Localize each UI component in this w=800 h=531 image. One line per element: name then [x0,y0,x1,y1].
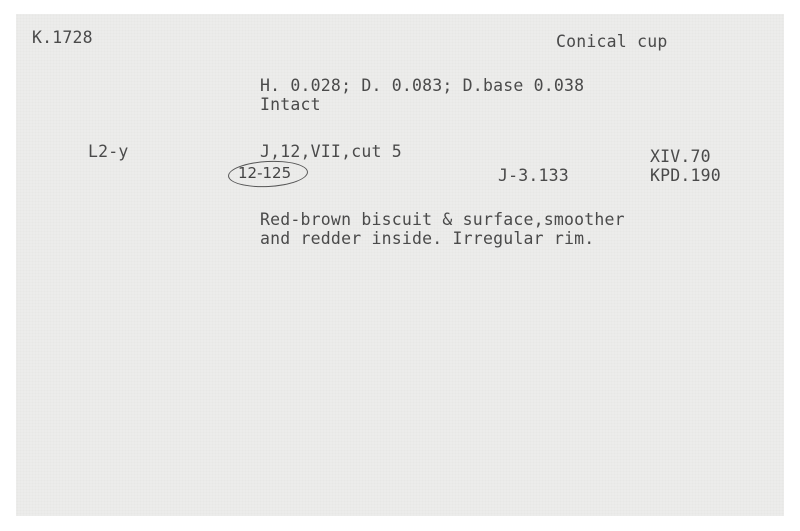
kpd-ref: KPD.190 [650,166,721,185]
description-line-2: and redder inside. Irregular rim. [260,229,594,248]
catalog-card: K.1728 Conical cup H. 0.028; D. 0.083; D… [16,14,784,516]
condition: Intact [260,95,321,114]
inventory-ref: J-3.133 [498,166,569,185]
handwritten-number: 12-125 [238,164,291,182]
catalog-number: K.1728 [32,28,93,47]
location-code: L2-y [88,142,129,161]
dimensions: H. 0.028; D. 0.083; D.base 0.038 [260,76,584,95]
object-type: Conical cup [556,32,667,51]
date-ref: XIV.70 [650,147,711,166]
description-line-1: Red-brown biscuit & surface,smoother [260,210,625,229]
find-context: J,12,VII,cut 5 [260,142,402,161]
